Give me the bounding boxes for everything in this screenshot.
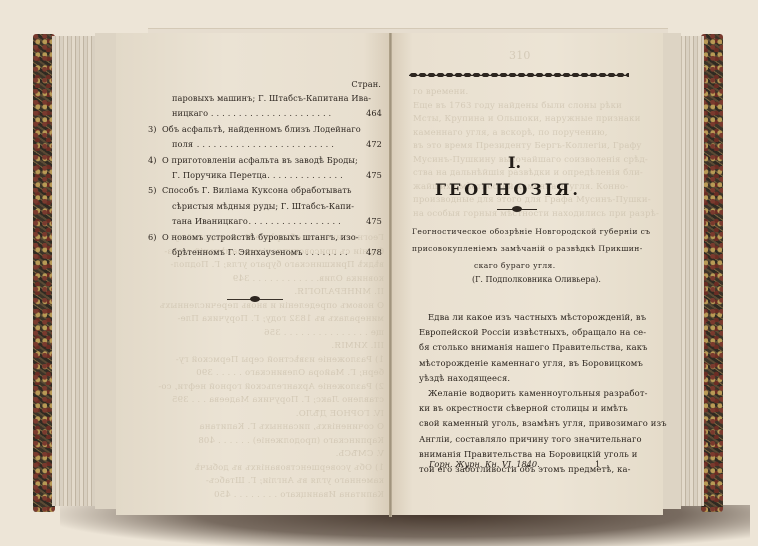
toc-entry-text: Способъ Г. Виліама Куксона обработывать	[162, 183, 352, 198]
toc-leader-dots: .................	[249, 214, 344, 229]
right-cover-marbled	[701, 34, 723, 512]
show-through-line: въ это время Президенту Бергъ-Коллегіи, …	[413, 139, 642, 153]
subtitle-line: Геогностическое обозрѣніе Новгородской г…	[412, 227, 651, 236]
toc-page-number: 472	[366, 137, 382, 152]
toc-entry-line: поля.........................472	[148, 137, 382, 152]
toc-entry-text: ницкаго	[172, 106, 208, 121]
show-through-line: ще . . . . . . . . . . . . . . . 356	[264, 326, 384, 340]
toc-leader-dots: .........	[300, 245, 350, 260]
toc-entry-line: Г. Поручика Перетца..............475	[148, 168, 382, 183]
show-through-line: V. СМѢСЬ.	[336, 447, 384, 461]
body-text-line: уѣздѣ находящееся.	[419, 373, 510, 383]
body-text-line: Англіи, составляло причину того значител…	[419, 434, 642, 444]
toc-entry-number: 6)	[148, 230, 157, 245]
toc-entry-text: тана Иваницкаго	[172, 214, 248, 229]
toc-leader-dots: .........................	[197, 137, 337, 152]
toc-entry-text: поля	[172, 137, 193, 152]
show-through-line: каменнаго угля въ Англіи; Г. Штабсъ-	[206, 474, 384, 488]
chain-border-ornament	[409, 72, 629, 78]
show-through-line: О сочиненіяхъ, писанныхъ Г. Капитана	[199, 420, 384, 434]
body-text-line: свой каменный уголь, взамѣнъ угля, приво…	[419, 418, 667, 428]
show-through-line: IV. ГОРНОЕ ДѢЛО.	[296, 407, 384, 421]
right-edge-page	[662, 33, 681, 509]
toc-entry-line: тана Иваницкаго.................475	[148, 214, 382, 229]
toc-leader-dots: ..............	[267, 168, 345, 183]
toc-entry-text: сѣристыя мѣдныя руды; Г. Штабсъ-Капи-	[172, 199, 354, 214]
toc-page-number: 475	[366, 168, 382, 183]
show-through-line: Карпинскаго (продолженіе) . . . . . . 40…	[198, 434, 384, 448]
show-through-line: 2) Разложеніе Архангельской горной нефти…	[158, 380, 384, 394]
toc-entry-number: 4)	[148, 153, 157, 168]
toc-page-number: 475	[366, 214, 382, 229]
ornament-rule	[497, 207, 537, 211]
toc-entry-line: паровыхъ машинъ; Г. Штабсъ-Капитана Ива-	[148, 91, 382, 106]
toc-entry-text: О приготовленіи асфальта въ заводѣ Броды…	[162, 153, 358, 168]
left-edge-page	[95, 33, 118, 509]
toc-entry-line: 6)О новомъ устройствѣ буровыхъ штангъ, и…	[148, 230, 382, 245]
show-through-line: ковника Олив. . . . . . . . . . . . 349	[233, 272, 384, 286]
toc-entry-number: 5)	[148, 183, 157, 198]
show-through-line: II. МИНЕРАЛОГІЯ.	[294, 285, 384, 299]
body-text-line: бя столько вниманія нашего Правительства…	[419, 342, 648, 352]
body-text-line: Желаніе водворить каменноугольныя разраб…	[428, 388, 648, 398]
toc-entry-line: 3)Объ асфальтѣ, найденномъ близъ Лодейна…	[148, 122, 382, 137]
show-through-line: берн; Г. Майора Олевинскаго . . . . . 39…	[196, 366, 384, 380]
toc-entry-line: сѣристыя мѣдныя руды; Г. Штабсъ-Капи-	[148, 199, 382, 214]
right-page-stack	[678, 36, 704, 506]
toc-entry-text: брѣтенномъ Г. Эйнхаузеномъ	[172, 245, 303, 260]
footer-page-number: 1	[595, 459, 600, 469]
toc-entry-line: ницкаго......................464	[148, 106, 382, 121]
body-text-line: Европейской Россіи извѣстныхъ, обращало …	[419, 327, 646, 337]
subtitle-line: присовокупленіемъ замѣчаній о развѣдкѣ П…	[412, 244, 643, 253]
chapter-title: ГЕОГНОЗІЯ.	[435, 180, 581, 199]
show-through-line: Мусинъ-Пушкину высочайшаго соизволенія с…	[413, 153, 648, 167]
ornament-rule	[227, 297, 283, 301]
toc-page-number: 464	[366, 106, 382, 121]
toc-entry-text: Объ асфальтѣ, найденномъ близъ Лодейнаго	[162, 122, 361, 137]
toc-page-number: 478	[366, 245, 382, 260]
toc-entry-line: 5)Способъ Г. Виліама Куксона обработыват…	[148, 183, 382, 198]
body-text-line: вниманія Правительства на Боровицкій уго…	[419, 449, 637, 459]
show-through-line: минералахъ въ 1832 году; Г. Поручика Пле…	[177, 312, 384, 326]
show-through-line: ставлено Лакс; Г. Поручика Мадеева . . .…	[172, 393, 384, 407]
show-through-line: III. ХИМІЯ.	[331, 339, 384, 353]
body-text-line: ки въ окрестности сѣверной столицы и имѣ…	[419, 403, 628, 413]
subtitle-line: скаго бураго угля.	[474, 261, 556, 270]
show-through-line: вѣдкѣ Прикшинскаго бураго угля; Г. Подпо…	[170, 258, 384, 272]
toc-entry-line: 4)О приготовленіи асфальта въ заводѣ Бро…	[148, 153, 382, 168]
footer-signature: Горн. Журн. Кн. VI. 1840.	[429, 459, 540, 469]
toc-leader-dots: ......................	[211, 106, 334, 121]
left-page-stack	[52, 36, 97, 506]
show-through-page-number: 310	[509, 49, 531, 63]
toc-entry-text: паровыхъ машинъ; Г. Штабсъ-Капитана Ива-	[172, 91, 371, 106]
show-through-line: Мсты, Крупина и Ольшоки, наружные призна…	[413, 112, 641, 126]
show-through-line: го времени.	[413, 85, 468, 99]
show-through-line: каменнаго угля, а вскорѣ, по поручению,	[413, 126, 608, 140]
left-page: Геогностическое обозрѣніе Новгородской г…	[116, 33, 391, 515]
show-through-line: Еще въ 1763 году найдены были слоны рѣки	[413, 99, 622, 113]
article-author: (Г. Подполковника Оливьера).	[472, 275, 601, 284]
show-through-line: Капитана Иваницкаго . . . . . . . . 450	[214, 488, 384, 502]
body-text-line: мѣсторожденіе каменнаго угля, въ Боровиц…	[419, 358, 643, 368]
body-text-line: Едва ли какое изъ частныхъ мѣсторожденій…	[428, 312, 646, 322]
toc-entry-text: О новомъ устройствѣ буровыхъ штангъ, изо…	[162, 230, 359, 245]
toc-entry-number: 3)	[148, 122, 157, 137]
toc-entry-text: Г. Поручика Перетца	[172, 168, 267, 183]
show-through-line: ства на дальнѣйшія развѣдки и опредѣлені…	[413, 166, 643, 180]
show-through-line: 1) Разложеніе извѣстной серы Пермской гу…	[176, 353, 384, 367]
chapter-number: I.	[508, 153, 521, 172]
toc-column-header: Стран.	[351, 77, 381, 92]
book-gutter	[389, 33, 392, 517]
toc-entry-line: брѣтенномъ Г. Эйнхаузеномъ.........478	[148, 245, 382, 260]
show-through-line: 1) Объ усовершенствованіяхъ въ добычѣ	[195, 461, 385, 475]
